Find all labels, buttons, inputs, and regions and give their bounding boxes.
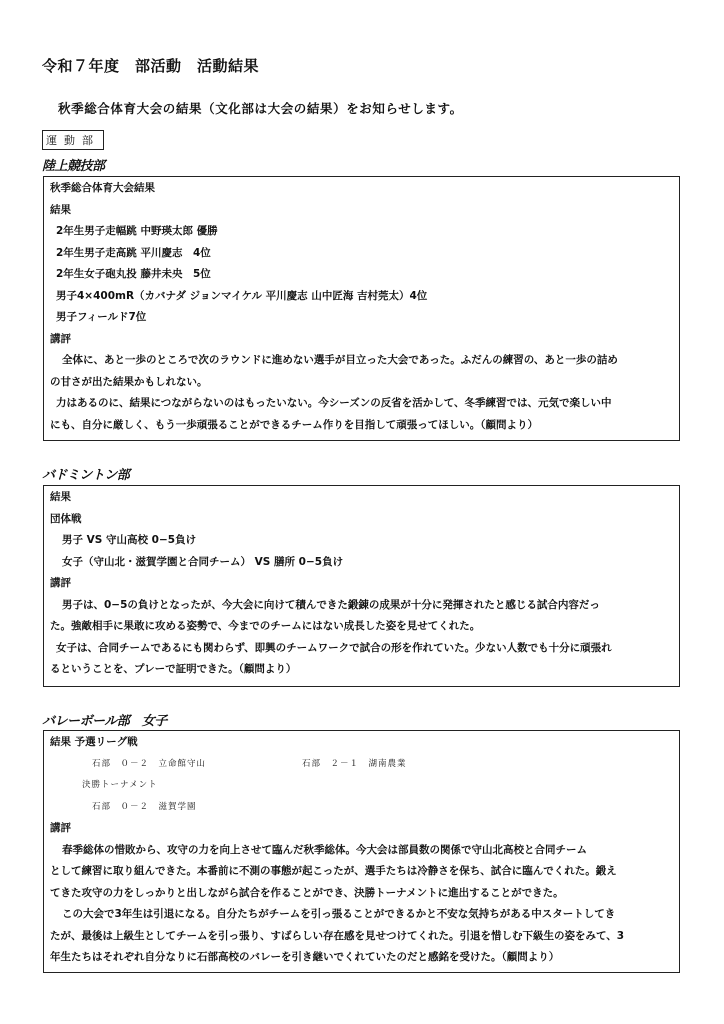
league-results-row: 石部 ０－２ 立命館守山 石部 ２－１ 湖南農業 [50, 754, 674, 776]
result-item: 女子（守山北・滋賀学園と合同チーム） VS 膳所 0−5負け [50, 552, 674, 574]
results-label: 結果 [50, 200, 674, 222]
comment-line: この大会で3年生は引退になる。自分たちがチームを引っ張ることができるかと不安な気… [50, 904, 674, 926]
tournament-result: 石部 ０－２ 滋賀学園 [50, 797, 674, 819]
comment-line: た。強敵相手に果敢に攻める姿勢で、今までのチームにはない成長した姿を見せてくれた… [50, 616, 674, 638]
league-result: 石部 ０－２ 立命館守山 [92, 754, 302, 776]
comment-line: 力はあるのに、結果につながらないのはもったいない。今シーズンの反省を活かして、冬… [50, 393, 674, 415]
comment-line: 年生たちはそれぞれ自分なりに石部高校のバレーを引き継いでくれていたのだと感銘を受… [50, 947, 674, 969]
club-heading-volleyball: バレーボール部 女子 [42, 710, 167, 729]
result-item: 男子 VS 守山高校 0−5負け [50, 530, 674, 552]
comment-line: 全体に、あと一歩のところで次のラウンドに進めない選手が目立った大会であった。ふだ… [50, 350, 674, 372]
intro-text: 秋季総合体育大会の結果（文化部は大会の結果）をお知らせします。 [58, 99, 463, 117]
result-item: 男子フィールド7位 [50, 307, 674, 329]
club-box-track: 秋季総合体育大会結果 結果 2年生男子走幅跳 中野瑛太郎 優勝 2年生男子走高跳… [43, 176, 680, 441]
comment-line: 女子は、合同チームであるにも関わらず、即興のチームワークで試合の形を作れていた。… [50, 638, 674, 660]
category-tag-sports: 運動部 [42, 130, 104, 150]
comment-line: 男子は、0−5の負けとなったが、今大会に向けて積んできた鍛錬の成果が十分に発揮さ… [50, 595, 674, 617]
comment-line: の甘さが出た結果かもしれない。 [50, 372, 674, 394]
tournament-label: 決勝トーナメント [50, 775, 674, 797]
club-heading-track: 陸上競技部 [42, 155, 105, 174]
league-result: 石部 ２－１ 湖南農業 [302, 754, 407, 776]
club-box-volleyball: 結果 予選リーグ戦 石部 ０－２ 立命館守山 石部 ２－１ 湖南農業 決勝トーナ… [43, 730, 680, 973]
page-title: 令和７年度 部活動 活動結果 [42, 55, 259, 76]
comment-line: 春季総体の惜敗から、攻守の力を向上させて臨んだ秋季総体。今大会は部員数の関係で守… [50, 840, 674, 862]
club-box-badminton: 結果 団体戦 男子 VS 守山高校 0−5負け 女子（守山北・滋賀学園と合同チー… [43, 485, 680, 687]
result-item: 2年生男子走幅跳 中野瑛太郎 優勝 [50, 221, 674, 243]
result-item: 2年生女子砲丸投 藤井未央 5位 [50, 264, 674, 286]
club-heading-badminton: バドミントン部 [42, 464, 129, 483]
sub-label-team: 団体戦 [50, 509, 674, 531]
comment-line: てきた攻守の力をしっかりと出しながら試合を作ることができ、決勝トーナメントに進出… [50, 883, 674, 905]
comment-label: 講評 [50, 329, 674, 351]
result-item: 2年生男子走高跳 平川慶志 4位 [50, 243, 674, 265]
comment-label: 講評 [50, 818, 674, 840]
comment-line: にも、自分に厳しく、もう一歩頑張ることができるチーム作りを目指して頑張ってほしい… [50, 415, 674, 437]
result-item: 男子4×400mR（カバナダ ジョンマイケル 平川慶志 山中匠海 吉村莞太）4位 [50, 286, 674, 308]
comment-line: として練習に取り組んできた。本番前に不測の事態が起こったが、選手たちは冷静さを保… [50, 861, 674, 883]
results-label: 結果 予選リーグ戦 [50, 732, 674, 754]
results-label: 結果 [50, 487, 674, 509]
comment-label: 講評 [50, 573, 674, 595]
box-title: 秋季総合体育大会結果 [50, 178, 674, 200]
comment-line: たが、最後は上級生としてチームを引っ張り、すばらしい存在感を見せつけてくれた。引… [50, 926, 674, 948]
comment-line: るということを、プレーで証明できた。（顧問より） [50, 659, 674, 681]
